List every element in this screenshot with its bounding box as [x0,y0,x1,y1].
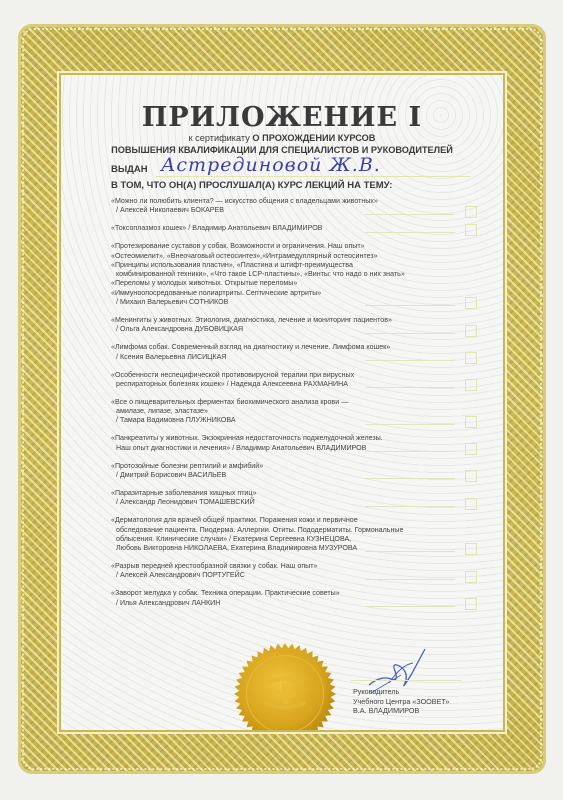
course-title-line: «Заворот желудка у собак. Техника операц… [111,589,451,598]
course-item: «Паразитарные заболевания хищных птиц»/ … [111,489,451,508]
course-item: «Токсоплазмоз кошек» / Владимир Анатолье… [111,224,451,233]
issued-underline [156,176,471,177]
course-item: «Особенности неспецифической противовиру… [111,371,451,390]
course-title-line: «Принципы использования пластин», «Пласт… [111,261,451,270]
course-checkbox[interactable] [465,325,477,337]
course-checkbox[interactable] [465,470,477,482]
course-underline [365,606,455,607]
course-title-line: «Паразитарные заболевания хищных птиц» [111,489,451,498]
course-title-line: «Можно ли полюбить клиента? — искусство … [111,197,451,206]
course-title-line: «Остеомиелит», «Внеочаговый остеосинтез»… [111,252,451,261]
course-underline [365,424,455,425]
course-underline [365,451,455,452]
course-checkbox[interactable] [465,598,477,610]
issued-label: ВЫДАН [111,164,148,175]
course-title-line: «Менингиты у животных. Этиология, диагно… [111,316,451,325]
course-item: «Можно ли полюбить клиента? — искусство … [111,197,451,216]
course-title-line: «Иммуноопосредованные полиартриты. Септи… [111,289,451,298]
course-title-line: «Переломы у молодых животных. Открытые п… [111,279,451,288]
course-title-line: «Лимфома собак. Современный взгляд на ди… [111,343,451,352]
course-checkbox[interactable] [465,352,477,364]
subtitle-line-1: к сертификату О ПРОХОЖДЕНИИ КУРСОВ [61,133,503,143]
course-checkbox[interactable] [465,416,477,428]
course-checkbox[interactable] [465,206,477,218]
course-underline [365,506,455,507]
issued-to-row: ВЫДАН Астрединовой Ж.В. [111,158,471,178]
course-underline [365,333,455,334]
course-title-line: комбинированной техники», «Что такое LCP… [111,270,451,279]
course-underline [365,305,455,306]
course-item: «Панкреатиты у животных. Экзокринная нед… [111,434,451,453]
page-title: ПРИЛОЖЕНИЕ I [61,102,503,133]
course-title-line: «Протозойные болезни рептилий и амфибий» [111,462,451,471]
subtitle-prefix: к сертификату [189,133,250,143]
course-underline [365,478,455,479]
course-checkbox[interactable] [465,224,477,236]
course-item: «Все о пищеварительных ферментах биохими… [111,398,451,426]
course-checkbox[interactable] [465,297,477,309]
course-underline [365,551,455,552]
signatory-block: Руководитель Учебного Центра «ЗООВЕТ» В.… [353,687,449,716]
course-checkbox[interactable] [465,443,477,455]
course-item: «Дерматология для врачей общей практики.… [111,516,451,553]
signature-underline [351,680,461,681]
course-title-line: амилазе, липазе, эластазе» [111,407,451,416]
course-item: «Протезирование суставов у собак. Возмож… [111,242,451,307]
course-title-line: обследование пациента. Пиодерма. Аллерги… [111,526,451,535]
course-item: «Протозойные болезни рептилий и амфибий»… [111,462,451,481]
course-underline [365,214,455,215]
topic-heading: В ТОМ, ЧТО ОН(А) ПРОСЛУШАЛ(А) КУРС ЛЕКЦИ… [111,180,392,191]
course-item: «Лимфома собак. Современный взгляд на ди… [111,343,451,362]
gold-seal-icon [233,642,337,732]
signatory-organization: Учебного Центра «ЗООВЕТ» [353,697,449,707]
certificate-body: ПРИЛОЖЕНИЕ I к сертификату О ПРОХОЖДЕНИИ… [59,73,505,732]
course-checkbox[interactable] [465,379,477,391]
course-title-line: облысения. Клинические случаи» / Екатери… [111,535,451,544]
course-checkbox[interactable] [465,571,477,583]
course-underline [365,579,455,580]
course-title-line: «Все о пищеварительных ферментах биохими… [111,398,451,407]
course-underline [365,232,455,233]
subtitle-main: О ПРОХОЖДЕНИИ КУРСОВ [252,133,375,143]
course-underline [365,360,455,361]
signatory-name: В.А. ВЛАДИМИРОВ [353,706,449,716]
course-title-line: «Протезирование суставов у собак. Возмож… [111,242,451,251]
course-title-line: «Дерматология для врачей общей практики.… [111,516,451,525]
signatory-title: Руководитель [353,687,449,697]
course-underline [365,387,455,388]
course-checkbox[interactable] [465,543,477,555]
course-title-line: «Панкреатиты у животных. Экзокринная нед… [111,434,451,443]
course-item: «Заворот желудка у собак. Техника операц… [111,589,451,608]
course-item: «Разрыв передней крестообразной связки у… [111,562,451,581]
course-item: «Менингиты у животных. Этиология, диагно… [111,316,451,335]
course-checkbox[interactable] [465,498,477,510]
course-title-line: «Особенности неспецифической противовиру… [111,371,451,380]
issued-to-handwritten: Астрединовой Ж.В. [161,154,381,176]
course-list: «Можно ли полюбить клиента? — искусство … [111,197,451,617]
